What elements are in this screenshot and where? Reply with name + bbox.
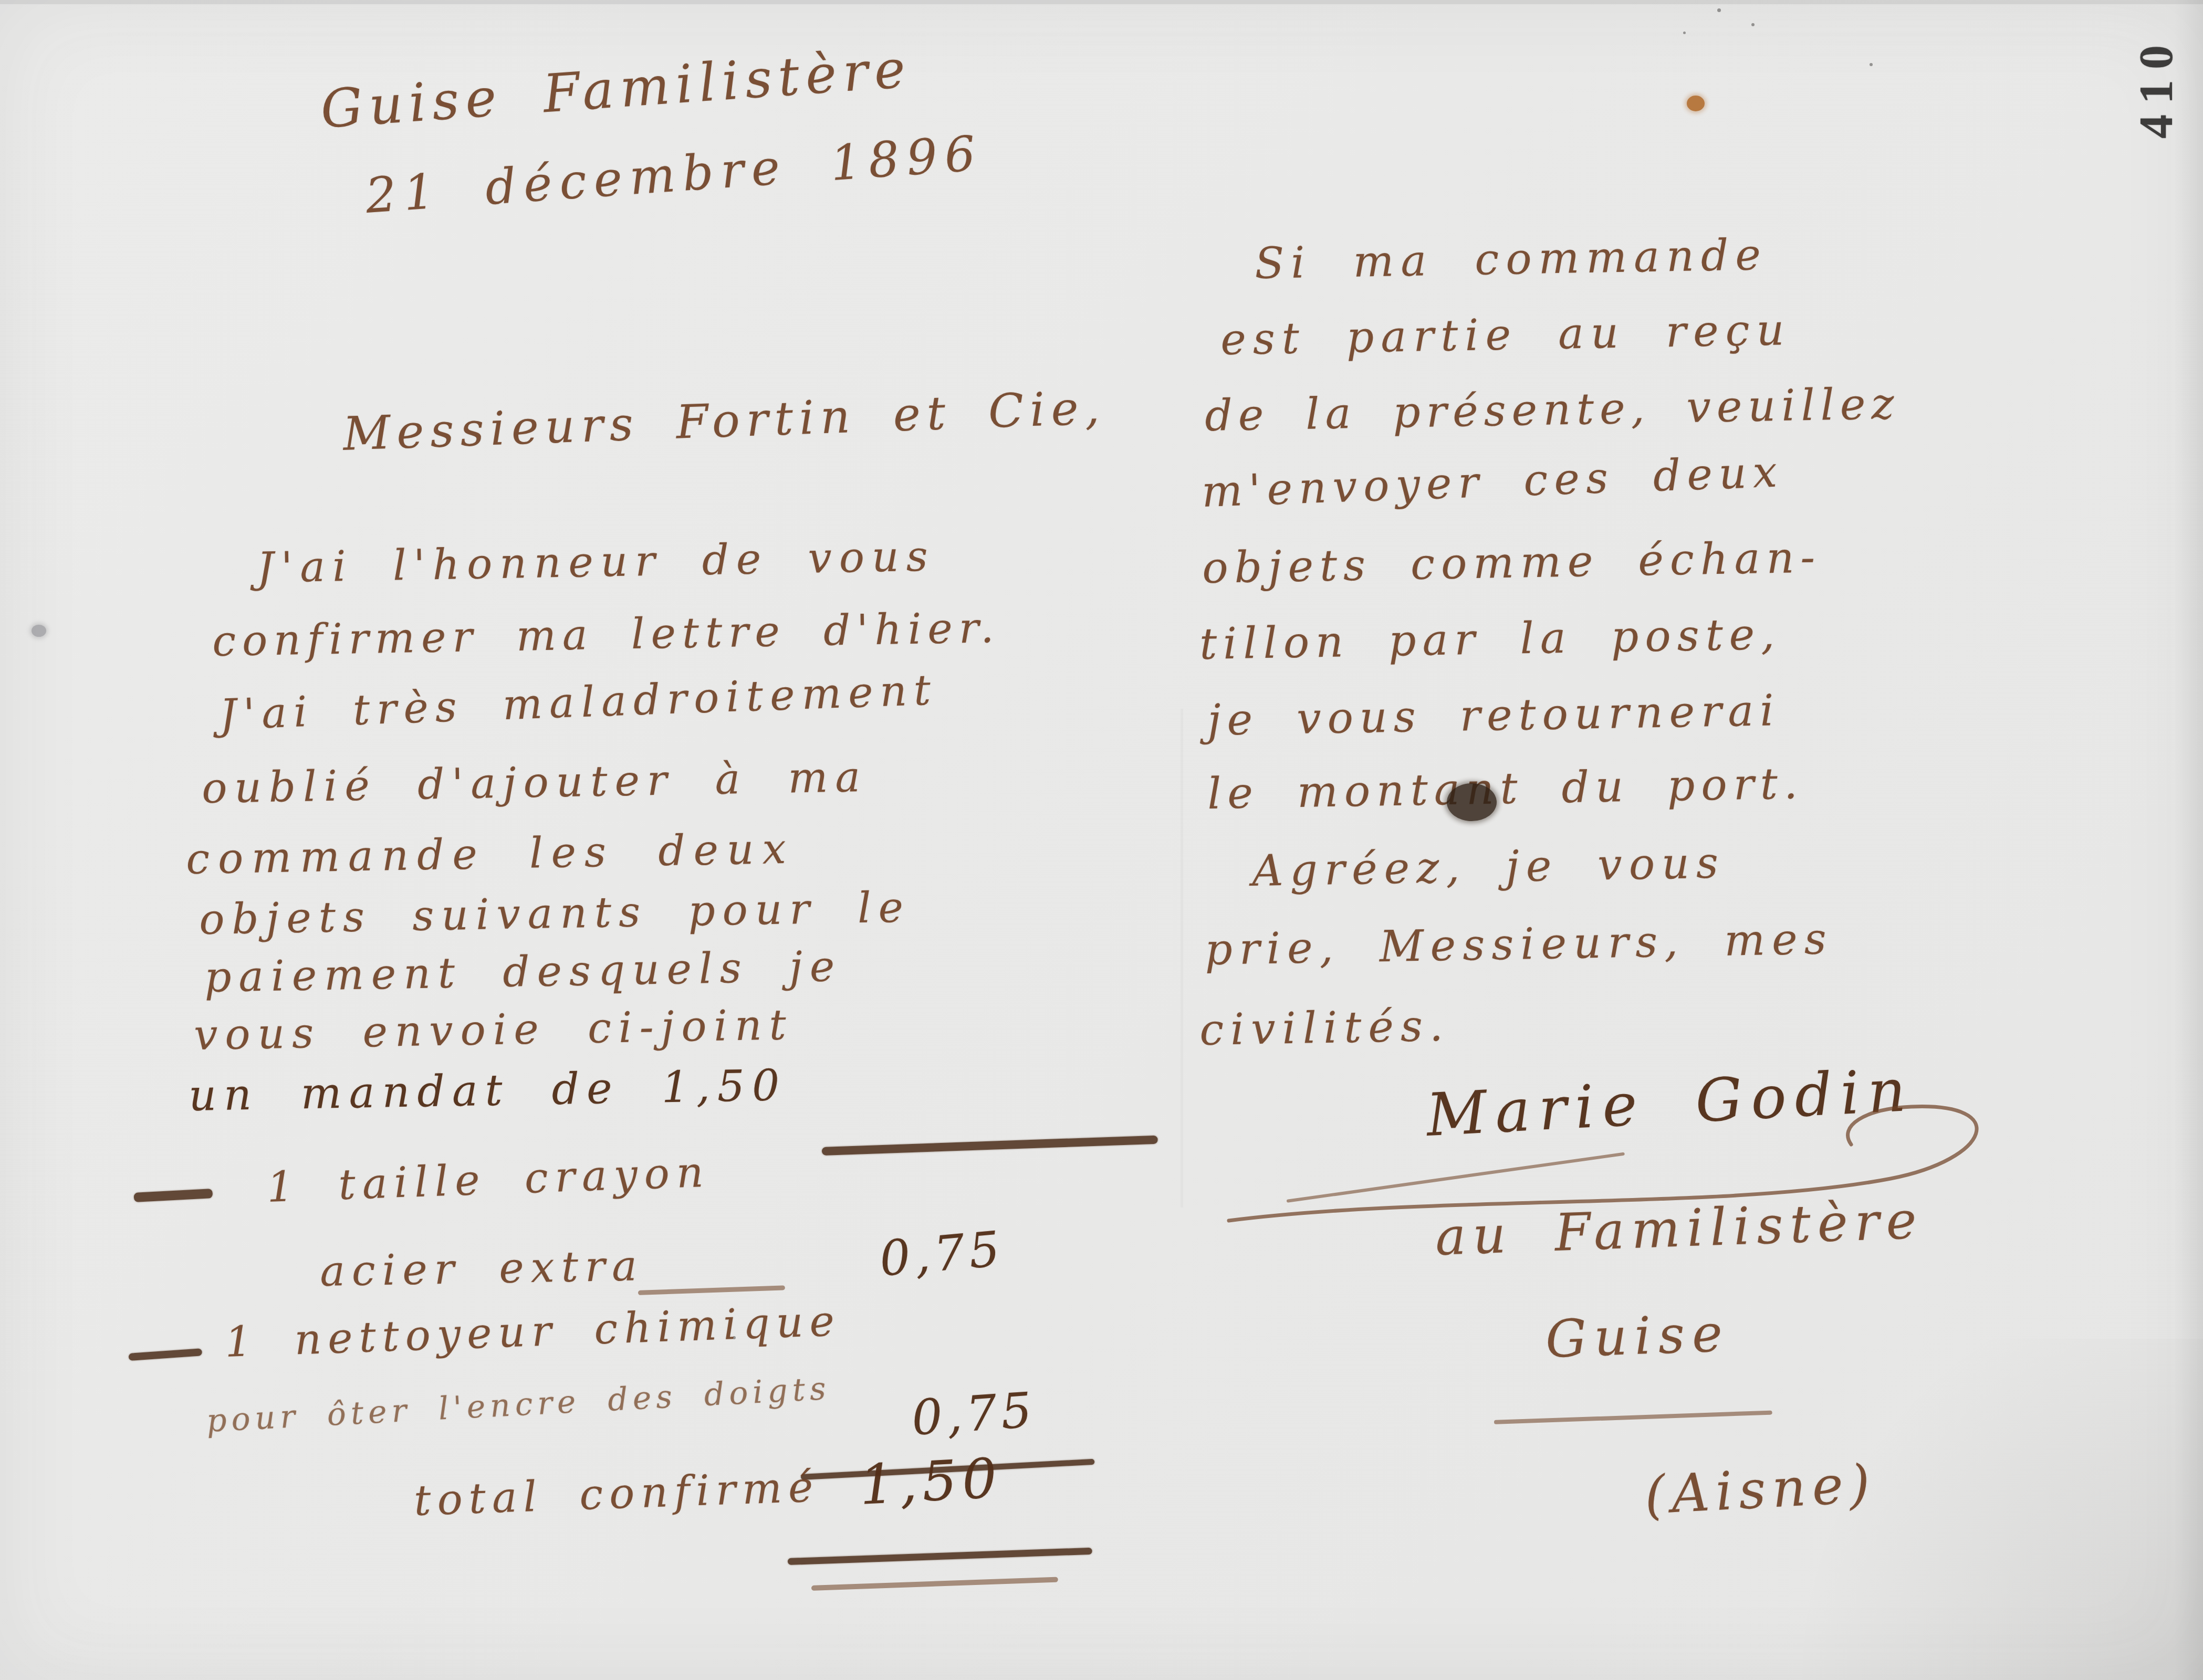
letter-line: tillon par la poste, — [1199, 610, 1781, 669]
paper-speck — [1683, 31, 1686, 34]
letter-line: objets comme échan- — [1202, 532, 1821, 593]
ink-dash-underline — [822, 1136, 1158, 1156]
letter-line: J'ai l'honneur de vous — [256, 531, 935, 592]
margin-dash — [134, 1189, 213, 1202]
archive-stamp: 410 — [2093, 24, 2203, 150]
paper-speck — [1870, 63, 1873, 66]
closing-line: Agréez, je vous — [1251, 838, 1725, 896]
letter-line: objets suivants pour le — [199, 883, 911, 944]
order-item2-label: 1 nettoyeur chimique — [224, 1296, 841, 1367]
scan-edge-top — [0, 0, 2203, 4]
rust-stain — [1687, 96, 1705, 111]
paper-speck — [1751, 23, 1755, 26]
ink-smudge-dot — [32, 625, 46, 637]
signature-address-2: Guise — [1544, 1304, 1731, 1370]
closing-line: prie, Messieurs, mes — [1204, 914, 1833, 975]
letter-line: je vous retournerai — [1207, 686, 1780, 745]
letter-line: oublié d'ajouter à ma — [201, 752, 868, 813]
price-leader-dash — [638, 1285, 785, 1295]
letter-line: m'envoyer ces deux — [1201, 447, 1784, 517]
letter-line: J'ai très maladroitement — [219, 665, 938, 739]
letter-salutation: Messieurs Fortin et Cie, — [342, 380, 1106, 461]
order-item1-sub: acier extra — [319, 1241, 644, 1296]
order-total-value: 1,50 — [858, 1446, 1004, 1517]
order-item1-label: 1 taille crayon — [266, 1148, 711, 1212]
letter-line: vous envoie ci-joint — [193, 1000, 794, 1059]
total-underline-2 — [811, 1577, 1058, 1591]
closing-line: civilités. — [1199, 1001, 1450, 1055]
letter-place: Guise Familistère — [319, 38, 914, 140]
letter-line-mandat: un mandat de 1,50 — [188, 1060, 787, 1121]
paper-speck — [1717, 8, 1721, 12]
archive-stamp-number: 410 — [2128, 35, 2184, 139]
signature-address-3: (Aisne) — [1643, 1453, 1878, 1526]
letter-line: Si ma commande — [1254, 230, 1768, 289]
letter-date: 21 décembre 1896 — [364, 125, 985, 224]
margin-dash — [129, 1348, 203, 1361]
order-item1-price: 0,75 — [878, 1221, 1006, 1287]
letter-page: 410 Guise Familistère 21 décembre 1896 M… — [0, 0, 2203, 1680]
order-item2-price: 0,75 — [910, 1382, 1038, 1446]
order-total-label: total confirmé — [413, 1462, 820, 1525]
letter-line: commande les deux — [185, 824, 795, 884]
total-underline-1 — [788, 1548, 1092, 1565]
paper-crease — [1181, 709, 1183, 1207]
letter-line: paiement desquels je — [204, 942, 842, 1002]
letter-line: de la présente, veuillez — [1204, 379, 1900, 441]
ink-blot — [1447, 783, 1497, 821]
letter-line: confirmer ma lettre d'hier. — [212, 603, 1000, 666]
order-item2-sub: pour ôter l'encre des doigts — [205, 1370, 831, 1440]
letter-line: le montant du port. — [1207, 759, 1804, 819]
letter-line: est partie au reçu — [1220, 305, 1791, 365]
